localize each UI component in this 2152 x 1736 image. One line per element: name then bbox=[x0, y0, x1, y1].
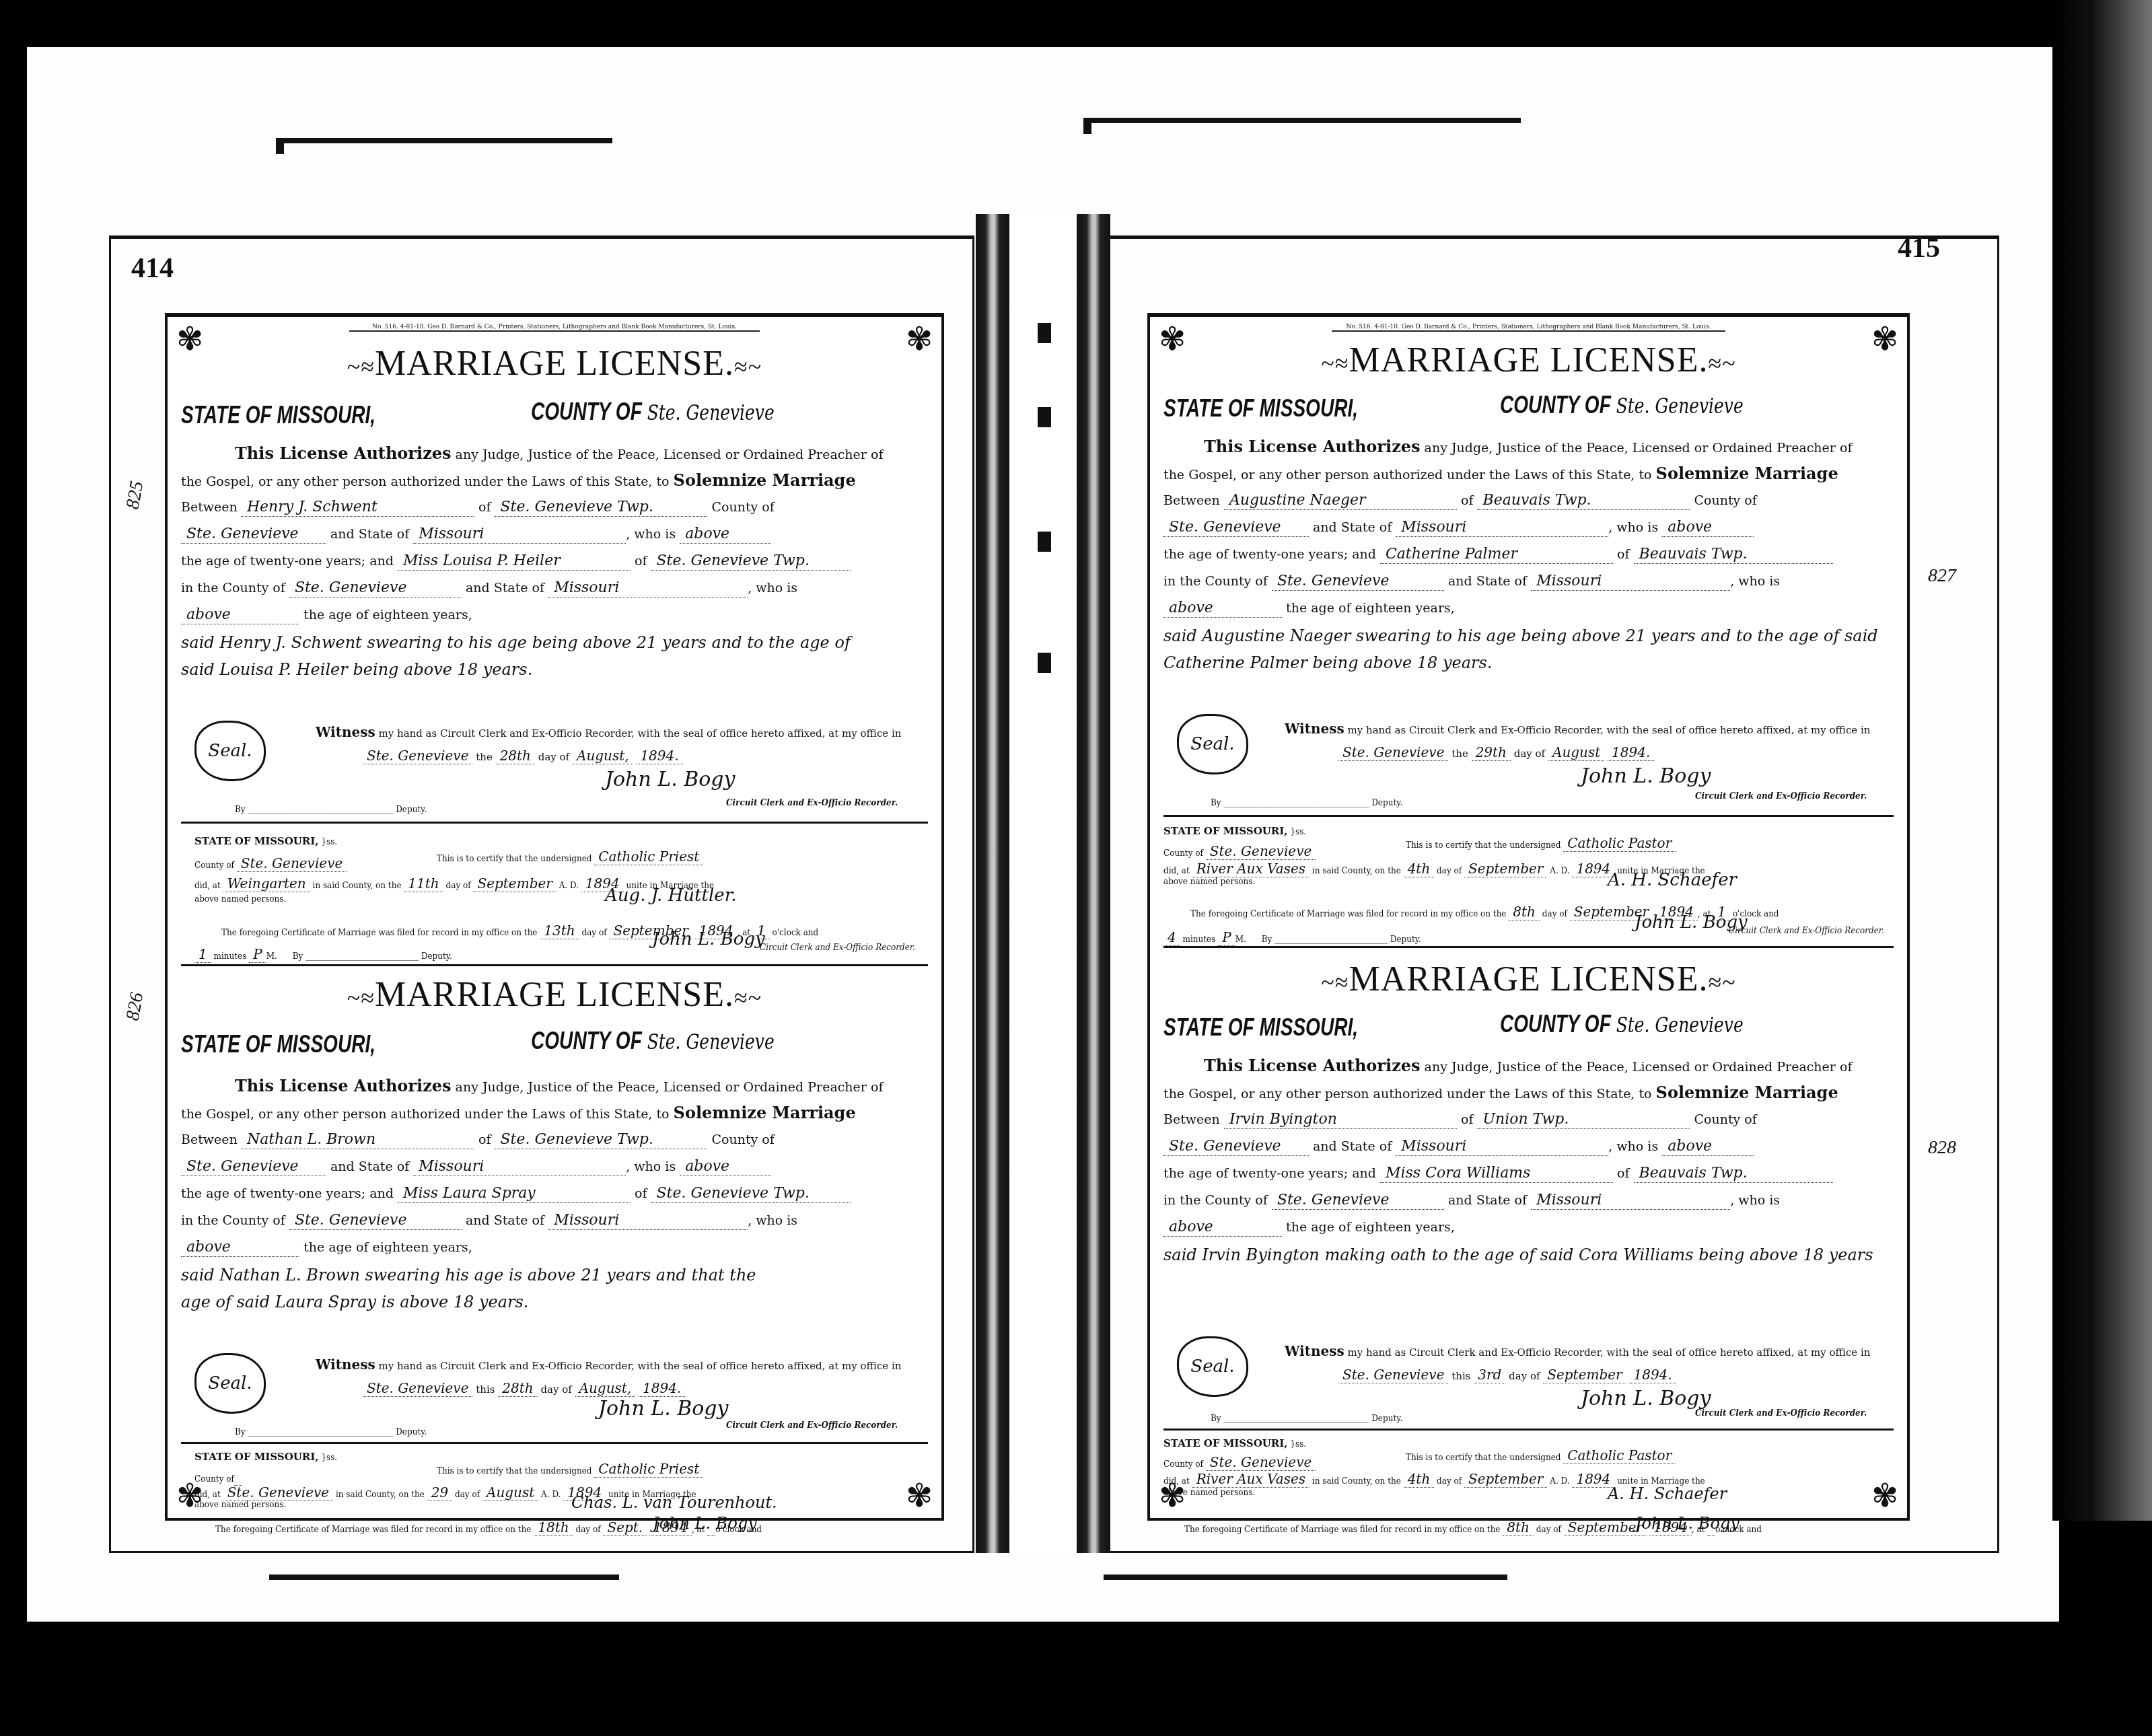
groom-name: Henry J. Schwent bbox=[242, 499, 474, 517]
clerk-title: Circuit Clerk and Ex-Officio Recorder. bbox=[1729, 926, 1884, 935]
margin-number-828: 828 bbox=[1928, 1137, 1956, 1159]
authorizes-line: This License Authorizes any Judge, Justi… bbox=[1163, 438, 1894, 457]
county-heading: COUNTY OF Ste. Genevieve bbox=[531, 398, 775, 426]
cert-state: STATE OF MISSOURI, }ss. bbox=[1163, 825, 1306, 837]
bride-residence-line: in the County of Ste. Genevieve and Stat… bbox=[181, 579, 928, 598]
authorizes-line: This License Authorizes any Judge, Justi… bbox=[1163, 1057, 1894, 1076]
license-827: No. 516. 4-81-10. Geo D. Barnard & Co., … bbox=[1147, 313, 1910, 1521]
witness-line: Witness my hand as Circuit Clerk and Ex-… bbox=[1285, 721, 1870, 737]
filed-signature: John L. Bogy bbox=[1635, 1514, 1739, 1533]
clerk-title: Circuit Clerk and Ex-Officio Recorder. bbox=[726, 1420, 898, 1430]
bride-line: the age of twenty-one years; and Catheri… bbox=[1163, 546, 1894, 564]
groom-line: Between Irvin Byington of Union Twp. Cou… bbox=[1163, 1111, 1894, 1129]
gutter-tab-2 bbox=[1038, 407, 1051, 427]
binding-clip-left-bottom bbox=[269, 1575, 619, 1580]
sworn-statement: said Henry J. Schwent swearing to his ag… bbox=[181, 633, 928, 652]
gutter-binding-left bbox=[976, 214, 1009, 1553]
clerk-signature: John L. Bogy bbox=[1581, 764, 1711, 788]
sworn-statement-cont: age of said Laura Spray is above 18 year… bbox=[181, 1293, 928, 1311]
groom-name: Augustine Naeger bbox=[1224, 492, 1457, 510]
witness-line: Witness my hand as Circuit Clerk and Ex-… bbox=[316, 1357, 901, 1373]
page-number-right: 415 bbox=[1898, 232, 1940, 264]
ornament-corner-icon: ✾ bbox=[898, 1475, 940, 1517]
bride-name: Miss Laura Spray bbox=[398, 1185, 631, 1203]
sworn-statement-cont: said Louisa P. Heiler being above 18 yea… bbox=[181, 660, 928, 679]
officiant-signature: A. H. Schaefer bbox=[1608, 870, 1737, 890]
groom-name: Irvin Byington bbox=[1224, 1111, 1457, 1129]
binding-clip-right-bottom bbox=[1104, 1575, 1507, 1580]
gutter-tab-4 bbox=[1038, 653, 1051, 673]
clerk-title: Circuit Clerk and Ex-Officio Recorder. bbox=[726, 798, 898, 807]
binding-clip-left-top bbox=[276, 138, 612, 143]
state-heading: STATE OF MISSOURI, bbox=[1163, 1013, 1358, 1042]
witness-line: Witness my hand as Circuit Clerk and Ex-… bbox=[1285, 1343, 1870, 1359]
bride-name: Catherine Palmer bbox=[1380, 546, 1613, 564]
bride-line: the age of twenty-one years; and Miss Co… bbox=[1163, 1165, 1894, 1183]
license-825: No. 516. 4-81-10. Geo D. Barnard & Co., … bbox=[165, 313, 944, 1521]
groom-line: Between Henry J. Schwent of Ste. Genevie… bbox=[181, 499, 928, 517]
county-heading: COUNTY OF Ste. Genevieve bbox=[1500, 1010, 1744, 1038]
cert-county-line: County of Ste. Genevieve bbox=[194, 855, 347, 871]
cert-county-line: County of bbox=[194, 1469, 242, 1485]
clerk-signature: John L. Bogy bbox=[1581, 1387, 1711, 1410]
groom-residence-line: Ste. Genevieve and State of Missouri, wh… bbox=[1163, 519, 1894, 537]
witness-line: Witness my hand as Circuit Clerk and Ex-… bbox=[316, 724, 901, 740]
officiant-signature: A. H. Schaefer bbox=[1608, 1484, 1727, 1503]
cert-certify-line: This is to certify that the undersigned … bbox=[437, 848, 703, 865]
authorizes-line: This License Authorizes any Judge, Justi… bbox=[181, 1077, 928, 1096]
cert-above-named: above named persons. bbox=[1163, 1488, 1255, 1497]
flourish-icon: ≈~ bbox=[1709, 969, 1736, 996]
binding-clip-left-top-end bbox=[276, 138, 284, 154]
cert-certify-line: This is to certify that the undersigned … bbox=[437, 1461, 703, 1477]
cert-certify-line: This is to certify that the undersigned … bbox=[1406, 1447, 1676, 1463]
divider bbox=[181, 1442, 928, 1444]
state-heading: STATE OF MISSOURI, bbox=[181, 401, 375, 429]
filed-signature: John L. Bogy bbox=[653, 1514, 757, 1533]
flourish-icon: ≈~ bbox=[734, 984, 762, 1011]
divider bbox=[1163, 815, 1894, 817]
deputy-line: By ____________________________________ … bbox=[1211, 1414, 1402, 1423]
seal-stamp: Seal. bbox=[1177, 714, 1248, 774]
bride-residence-line: in the County of Ste. Genevieve and Stat… bbox=[1163, 1192, 1894, 1210]
license-title: ~≈MARRIAGE LICENSE.≈~ bbox=[168, 344, 941, 384]
gospel-line: the Gospel, or any other person authoriz… bbox=[1163, 1084, 1894, 1103]
divider bbox=[1163, 1428, 1894, 1431]
license-title: ~≈MARRIAGE LICENSE.≈~ bbox=[168, 975, 941, 1015]
cert-county-line: County of Ste. Genevieve bbox=[1163, 1454, 1316, 1470]
clerk-title: Circuit Clerk and Ex-Officio Recorder. bbox=[1695, 1408, 1867, 1418]
gospel-line: the Gospel, or any other person authoriz… bbox=[181, 472, 928, 491]
state-heading: STATE OF MISSOURI, bbox=[181, 1030, 375, 1058]
filed-minutes-line: 1 minutes PM. By _______________________… bbox=[194, 946, 452, 962]
bride-name: Miss Louisa P. Heiler bbox=[398, 552, 631, 571]
county-heading: COUNTY OF Ste. Genevieve bbox=[1500, 391, 1744, 419]
groom-residence-line: Ste. Genevieve and State of Missouri, wh… bbox=[1163, 1138, 1894, 1156]
cert-above-named: above named persons. bbox=[194, 1500, 286, 1509]
flourish-icon: ~≈ bbox=[1321, 969, 1349, 996]
bride-residence-line: in the County of Ste. Genevieve and Stat… bbox=[1163, 573, 1894, 591]
bride-age-line: above the age of eighteen years, bbox=[1163, 1219, 1894, 1237]
bride-name: Miss Cora Williams bbox=[1380, 1165, 1613, 1183]
bride-residence-line: in the County of Ste. Genevieve and Stat… bbox=[181, 1212, 928, 1230]
groom-line: Between Augustine Naeger of Beauvais Twp… bbox=[1163, 492, 1894, 510]
margin-number-827: 827 bbox=[1928, 565, 1956, 587]
flourish-icon: ~≈ bbox=[1321, 350, 1349, 377]
sworn-statement: said Augustine Naeger swearing to his ag… bbox=[1163, 626, 1894, 645]
clerk-signature: John L. Bogy bbox=[605, 768, 736, 791]
cert-state: STATE OF MISSOURI, }ss. bbox=[1163, 1437, 1306, 1449]
cert-state: STATE OF MISSOURI, }ss. bbox=[194, 835, 337, 847]
bride-age-line: above the age of eighteen years, bbox=[1163, 600, 1894, 618]
divider bbox=[1163, 946, 1894, 948]
seal-stamp: Seal. bbox=[194, 1353, 266, 1414]
seal-stamp: Seal. bbox=[194, 721, 266, 781]
bride-age-line: above the age of eighteen years, bbox=[181, 606, 928, 624]
bride-age-line: above the age of eighteen years, bbox=[181, 1239, 928, 1257]
deputy-line: By ____________________________________ … bbox=[235, 1427, 427, 1437]
divider bbox=[181, 822, 928, 824]
page-number-left: 414 bbox=[131, 252, 174, 285]
witness-date-line: Ste. Genevieve the 29th day of August 18… bbox=[1338, 744, 1654, 760]
license-title: ~≈MARRIAGE LICENSE.≈~ bbox=[1150, 340, 1907, 380]
sworn-statement-cont: Catherine Palmer being above 18 years. bbox=[1163, 653, 1894, 672]
flourish-icon: ≈~ bbox=[1709, 350, 1736, 377]
clerk-signature: John L. Bogy bbox=[598, 1397, 729, 1420]
bride-line: the age of twenty-one years; and Miss La… bbox=[181, 1185, 928, 1203]
groom-line: Between Nathan L. Brown of Ste. Geneviev… bbox=[181, 1131, 928, 1149]
sworn-statement: said Irvin Byington making oath to the a… bbox=[1163, 1245, 1894, 1264]
authorizes-line: This License Authorizes any Judge, Justi… bbox=[181, 445, 928, 464]
groom-name: Nathan L. Brown bbox=[242, 1131, 474, 1149]
gutter-binding-right bbox=[1077, 214, 1110, 1553]
clerk-title: Circuit Clerk and Ex-Officio Recorder. bbox=[1695, 791, 1867, 801]
divider bbox=[181, 964, 928, 966]
deputy-line: By ____________________________________ … bbox=[235, 805, 427, 814]
flourish-icon: ~≈ bbox=[347, 984, 375, 1011]
groom-residence-line: Ste. Genevieve and State of Missouri, wh… bbox=[181, 1158, 928, 1176]
clerk-title: Circuit Clerk and Ex-Officio Recorder. bbox=[760, 943, 915, 952]
county-heading: COUNTY OF Ste. Genevieve bbox=[531, 1027, 775, 1055]
flourish-icon: ≈~ bbox=[734, 353, 762, 380]
cert-above-named: above named persons. bbox=[194, 894, 286, 904]
seal-stamp: Seal. bbox=[1177, 1336, 1248, 1397]
printer-imprint: No. 516. 4-81-10. Geo D. Barnard & Co., … bbox=[1332, 324, 1725, 332]
officiant-signature: Aug. J. Hüttler. bbox=[605, 885, 736, 906]
witness-date-line: Ste. Genevieve this 28th day of August, … bbox=[363, 1380, 685, 1396]
sworn-statement: said Nathan L. Brown swearing his age is… bbox=[181, 1266, 928, 1285]
binding-clip-right-top-end bbox=[1083, 118, 1091, 134]
cert-county-line: County of Ste. Genevieve bbox=[1163, 843, 1316, 859]
printer-imprint: No. 516. 4-81-10. Geo D. Barnard & Co., … bbox=[349, 324, 760, 332]
gutter-tab-3 bbox=[1038, 532, 1051, 552]
witness-date-line: Ste. Genevieve the 28th day of August, 1… bbox=[363, 748, 683, 764]
scan-edge-shadow-right bbox=[2052, 0, 2152, 1736]
filed-signature: John L. Bogy bbox=[652, 929, 765, 949]
officiant-signature: Chas. L. van Tourenhout. bbox=[571, 1493, 777, 1512]
deputy-line: By ____________________________________ … bbox=[1211, 798, 1402, 807]
cert-certify-line: This is to certify that the undersigned … bbox=[1406, 835, 1676, 851]
gospel-line: the Gospel, or any other person authoriz… bbox=[181, 1104, 928, 1123]
state-heading: STATE OF MISSOURI, bbox=[1163, 394, 1358, 423]
binding-clip-right-top bbox=[1083, 118, 1521, 123]
gospel-line: the Gospel, or any other person authoriz… bbox=[1163, 465, 1894, 484]
cert-above-named: above named persons. bbox=[1163, 877, 1255, 886]
gutter-tab-1 bbox=[1038, 323, 1051, 343]
bride-line: the age of twenty-one years; and Miss Lo… bbox=[181, 552, 928, 571]
cert-state: STATE OF MISSOURI, }ss. bbox=[194, 1451, 337, 1463]
witness-date-line: Ste. Genevieve this 3rd day of September… bbox=[1338, 1367, 1676, 1383]
ornament-corner-icon: ✾ bbox=[1864, 1475, 1906, 1517]
filed-minutes-line: 4 minutes PM. By _______________________… bbox=[1163, 929, 1421, 945]
groom-residence-line: Ste. Genevieve and State of Missouri, wh… bbox=[181, 526, 928, 544]
flourish-icon: ~≈ bbox=[347, 353, 375, 380]
license-title: ~≈MARRIAGE LICENSE.≈~ bbox=[1150, 960, 1907, 999]
